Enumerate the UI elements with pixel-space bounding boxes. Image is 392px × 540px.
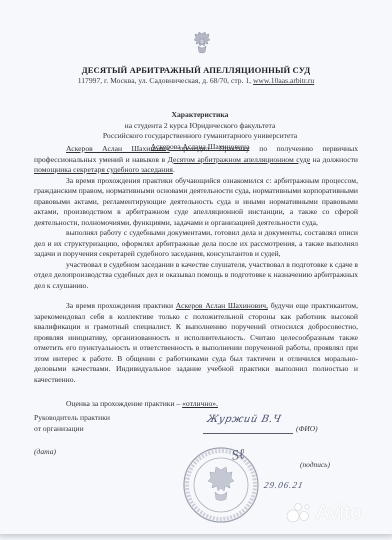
avito-logo-icon bbox=[286, 502, 312, 524]
supervisor-line-2: от организации bbox=[34, 423, 110, 434]
title-line-course: на студента 2 курса Юридического факульт… bbox=[0, 121, 392, 132]
paragraph-text: на должности bbox=[310, 155, 358, 164]
coat-of-arms-icon bbox=[193, 31, 211, 55]
handwritten-signature-name: Журжий В.Ч bbox=[206, 414, 282, 425]
avito-brand-text: Avito bbox=[316, 502, 362, 525]
title-line-university: Российского государственного гуманитарно… bbox=[0, 131, 392, 142]
avito-watermark: Avito bbox=[286, 502, 362, 524]
handwritten-date: 29.06.21 bbox=[263, 480, 304, 490]
handwritten-initials: Ѕℓ bbox=[231, 447, 246, 465]
supervisor-line-1: Руководитель практики bbox=[34, 412, 110, 423]
document-title: Характеристика bbox=[0, 110, 392, 121]
paragraph-familiarized: За время прохождения практики обучающийс… bbox=[34, 176, 358, 229]
fio-label: (ФИО) bbox=[296, 424, 318, 433]
grade-label: Оценка за прохождение практики – bbox=[66, 399, 182, 408]
paragraph-intro: Аскеров Аслан Шахинович проходил Практик… bbox=[34, 144, 358, 176]
paragraph-text: будучи еще практикантом, зарекомендовал … bbox=[34, 301, 358, 384]
document-body: Аскеров Аслан Шахинович проходил Практик… bbox=[34, 144, 358, 410]
grade-value: «отлично». bbox=[182, 399, 218, 408]
court-address: 117997, г. Москва, ул. Садовническая, д.… bbox=[0, 76, 392, 85]
student-name-inline: Аскеров Аслан Шахинович bbox=[66, 144, 170, 153]
supervisor-label: Руководитель практики от организации bbox=[34, 412, 110, 434]
paragraph-evaluation: За время прохождения практики Аскеров Ас… bbox=[34, 301, 358, 385]
date-label: (дата) bbox=[34, 446, 56, 457]
court-name: ДЕСЯТЫЙ АРБИТРАЖНЫЙ АПЕЛЛЯЦИОННЫЙ СУД bbox=[0, 65, 392, 75]
signature-label: (подпись) bbox=[300, 460, 330, 469]
website-link[interactable]: www.10aas.arbitr.ru bbox=[253, 76, 314, 85]
paragraph-hearings: участвовал в судебном заседании в качест… bbox=[34, 260, 358, 292]
paragraph-work: выполнял работу с судебными документами,… bbox=[34, 228, 358, 260]
position-inline: помощника секретаря судебного заседания bbox=[34, 165, 173, 174]
paragraph-text: За время прохождения практики bbox=[66, 301, 176, 310]
paragraph-text: . bbox=[173, 165, 175, 174]
grade-line: Оценка за прохождение практики – «отличн… bbox=[34, 399, 358, 410]
official-seal-stamp-icon bbox=[182, 446, 260, 524]
address-text: 117997, г. Москва, ул. Садовническая, д.… bbox=[78, 76, 253, 85]
student-name-inline: Аскеров Аслан Шахинович, bbox=[176, 301, 268, 310]
court-name-inline: Десятом арбитражном апелляционном суде bbox=[168, 155, 311, 164]
document-page: ДЕСЯТЫЙ АРБИТРАЖНЫЙ АПЕЛЛЯЦИОННЫЙ СУД 11… bbox=[0, 0, 392, 535]
